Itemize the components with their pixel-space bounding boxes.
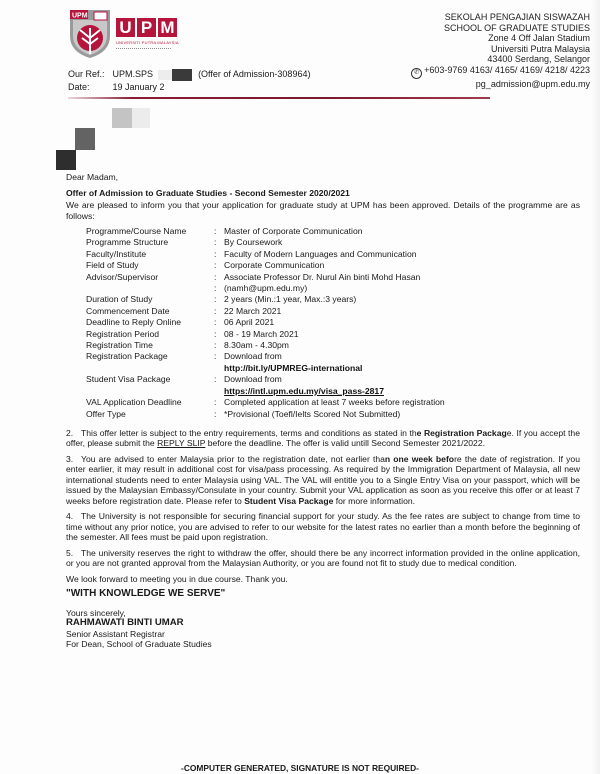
detail-row: :(namh@upm.edu.my)	[86, 283, 445, 294]
computer-generated-notice: -COMPUTER GENERATED, SIGNATURE IS NOT RE…	[0, 763, 600, 773]
university-motto: "WITH KNOWLEDGE WE SERVE"	[66, 589, 580, 600]
detail-label	[86, 283, 214, 294]
detail-colon: :	[214, 351, 224, 362]
detail-colon: :	[214, 340, 224, 351]
detail-colon: :	[214, 283, 224, 294]
upm-wordmark: U P M	[116, 18, 177, 37]
registration-package-link[interactable]: http://bit.ly/UPMREG-international	[224, 363, 362, 373]
ref-prefix: UPM.SPS	[113, 69, 154, 79]
detail-value: (namh@upm.edu.my)	[224, 283, 445, 294]
redacted-ref-dark	[172, 69, 192, 81]
offer-letter-page: UPM U P M UNIVERSITI PUTRA MALAYSIA SEKO…	[0, 0, 600, 774]
detail-link-row: http://bit.ly/UPMREG-international	[86, 363, 445, 374]
closing-line: We look forward to meeting you in due co…	[66, 574, 580, 585]
school-name-ms: SEKOLAH PENGAJIAN SISWAZAH	[411, 12, 590, 23]
signatory-name: RAHMAWATI BINTI UMAR	[66, 618, 580, 629]
detail-row: Programme Structure:By Coursework	[86, 237, 445, 248]
detail-value: 08 - 19 March 2021	[224, 329, 445, 340]
upm-logo: UPM U P M UNIVERSITI PUTRA MALAYSIA	[68, 8, 178, 60]
letter-body: Dear Madam, Offer of Admission to Gradua…	[66, 172, 580, 650]
detail-row: Duration of Study:2 years (Min.:1 year, …	[86, 294, 445, 305]
detail-colon: :	[214, 226, 224, 237]
svg-text:UPM: UPM	[72, 13, 88, 20]
detail-row: Advisor/Supervisor:Associate Professor D…	[86, 272, 445, 283]
detail-value: 8.30am - 4.30pm	[224, 340, 445, 351]
detail-value: Download from	[224, 374, 445, 385]
paragraph-4: 4.The University is not responsible for …	[66, 511, 580, 543]
detail-row: Registration Period:08 - 19 March 2021	[86, 329, 445, 340]
detail-label: Registration Package	[86, 351, 214, 362]
detail-row: VAL Application Deadline:Completed appli…	[86, 397, 445, 408]
reference-block: Our Ref.: UPM.SPS (Offer of Admission-30…	[68, 68, 310, 94]
detail-row: Deadline to Reply Online:06 April 2021	[86, 317, 445, 328]
detail-label: Offer Type	[86, 409, 214, 420]
detail-colon: :	[214, 272, 224, 283]
detail-colon: :	[214, 237, 224, 248]
email-address: pg_admission@upm.edu.my	[411, 79, 590, 90]
detail-row: Student Visa Package:Download from	[86, 374, 445, 385]
detail-row: Registration Package:Download from	[86, 351, 445, 362]
detail-row: Programme/Course Name:Master of Corporat…	[86, 226, 445, 237]
upm-crest-icon: UPM	[68, 8, 112, 60]
signature-block: Yours sincerely, RAHMAWATI BINTI UMAR Se…	[66, 608, 580, 650]
redacted-block	[112, 108, 132, 128]
address-line-3: 43400 Serdang, Selangor	[411, 54, 590, 65]
detail-label: Programme/Course Name	[86, 226, 214, 237]
detail-row: Commencement Date:22 March 2021	[86, 306, 445, 317]
detail-label: Duration of Study	[86, 294, 214, 305]
detail-value: Associate Professor Dr. Nurul Ain binti …	[224, 272, 445, 283]
detail-row: Faculty/Institute:Faculty of Modern Lang…	[86, 249, 445, 260]
school-address: SEKOLAH PENGAJIAN SISWAZAH SCHOOL OF GRA…	[411, 12, 590, 90]
date-value: 19 January 2	[113, 82, 165, 92]
detail-value: By Coursework	[224, 237, 445, 248]
detail-colon: :	[214, 397, 224, 408]
redacted-block	[56, 150, 76, 170]
phone-line: ✆+603-9769 4163/ 4165/ 4169/ 4218/ 4223	[411, 65, 590, 79]
ref-suffix: (Offer of Admission-308964)	[198, 69, 310, 79]
detail-colon: :	[214, 249, 224, 260]
detail-value: Master of Corporate Communication	[224, 226, 445, 237]
page-edge-shadow	[590, 0, 600, 774]
detail-colon: :	[214, 374, 224, 385]
date-label: Date:	[68, 81, 110, 94]
tagline-divider	[116, 48, 171, 53]
address-line-1: Zone 4 Off Jalan Stadium	[411, 33, 590, 44]
detail-value: Corporate Communication	[224, 260, 445, 271]
detail-label: VAL Application Deadline	[86, 397, 214, 408]
our-ref-line: Our Ref.: UPM.SPS (Offer of Admission-30…	[68, 68, 310, 81]
letter-subject: Offer of Admission to Graduate Studies -…	[66, 188, 580, 199]
phone-number: +603-9769 4163/ 4165/ 4169/ 4218/ 4223	[424, 65, 590, 75]
detail-colon: :	[214, 409, 224, 420]
signatory-title: Senior Assistant Registrar	[66, 629, 580, 640]
detail-value: 2 years (Min.:1 year, Max.:3 years)	[224, 294, 445, 305]
detail-label: Faculty/Institute	[86, 249, 214, 260]
university-tagline: UNIVERSITI PUTRA MALAYSIA	[116, 40, 179, 45]
programme-details-table: Programme/Course Name:Master of Corporat…	[86, 226, 445, 420]
detail-value: Faculty of Modern Languages and Communic…	[224, 249, 445, 260]
detail-value: 22 March 2021	[224, 306, 445, 317]
detail-label: Programme Structure	[86, 237, 214, 248]
redacted-block	[132, 108, 150, 128]
detail-value: *Provisional (Toefl/Ielts Scored Not Sub…	[224, 409, 445, 420]
paragraph-3: 3.You are advised to enter Malaysia prio…	[66, 454, 580, 507]
paragraph-2: 2.This offer letter is subject to the en…	[66, 428, 580, 449]
reply-slip-link[interactable]: REPLY SLIP	[157, 438, 205, 448]
paragraph-5: 5.The university reserves the right to w…	[66, 548, 580, 569]
detail-colon: :	[214, 294, 224, 305]
detail-colon: :	[214, 317, 224, 328]
visa-package-link[interactable]: https://intl.upm.edu.my/visa_pass-2817	[224, 386, 384, 396]
intro-paragraph: We are pleased to inform you that your a…	[66, 200, 580, 221]
detail-colon: :	[214, 329, 224, 340]
detail-link-row: https://intl.upm.edu.my/visa_pass-2817	[86, 386, 445, 397]
detail-row: Field of Study:Corporate Communication	[86, 260, 445, 271]
header-divider	[68, 97, 490, 99]
detail-colon: :	[214, 260, 224, 271]
detail-row: Offer Type:*Provisional (Toefl/Ielts Sco…	[86, 409, 445, 420]
detail-label: Registration Period	[86, 329, 214, 340]
redacted-ref	[158, 70, 172, 80]
detail-label: Registration Time	[86, 340, 214, 351]
salutation: Dear Madam,	[66, 172, 580, 183]
detail-label: Field of Study	[86, 260, 214, 271]
detail-label: Advisor/Supervisor	[86, 272, 214, 283]
detail-label: Deadline to Reply Online	[86, 317, 214, 328]
detail-label: Student Visa Package	[86, 374, 214, 385]
detail-value: 06 April 2021	[224, 317, 445, 328]
phone-icon: ✆	[411, 68, 422, 79]
date-line: Date: 19 January 2	[68, 81, 310, 94]
detail-value: Completed application at least 7 weeks b…	[224, 397, 445, 408]
detail-value: Download from	[224, 351, 445, 362]
detail-label: Commencement Date	[86, 306, 214, 317]
redacted-block	[75, 128, 95, 150]
address-line-2: Universiti Putra Malaysia	[411, 44, 590, 55]
detail-colon: :	[214, 306, 224, 317]
ref-label: Our Ref.:	[68, 68, 110, 81]
school-name-en: SCHOOL OF GRADUATE STUDIES	[411, 23, 590, 34]
detail-row: Registration Time:8.30am - 4.30pm	[86, 340, 445, 351]
signatory-for: For Dean, School of Graduate Studies	[66, 639, 580, 650]
